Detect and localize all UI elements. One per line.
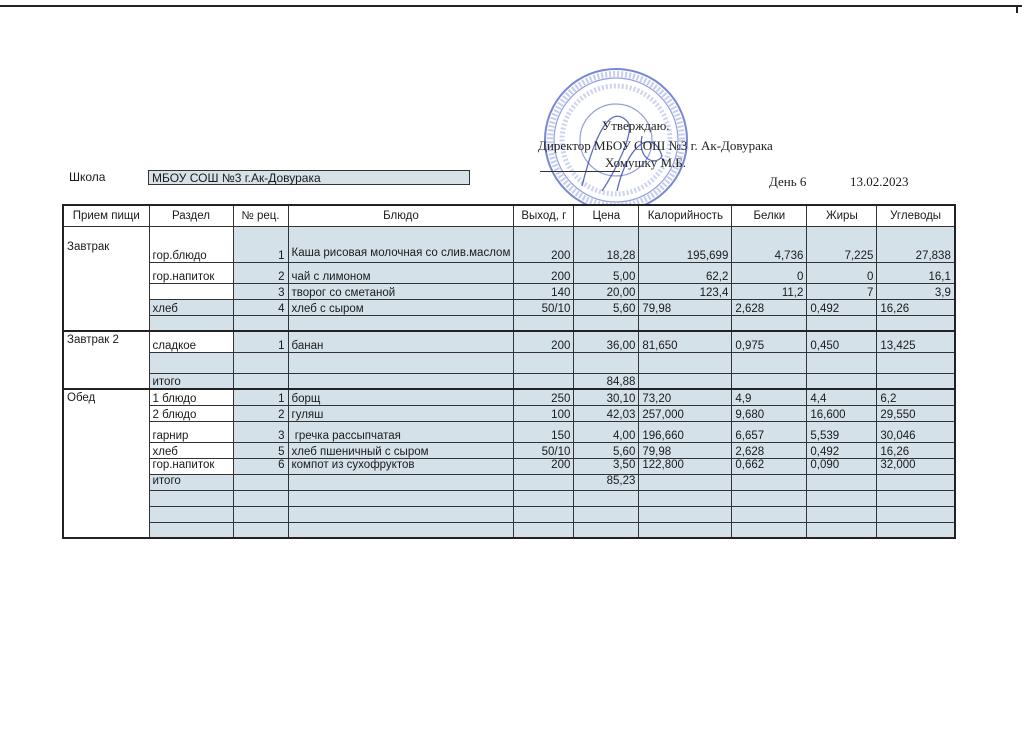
- fat-cell: 0: [807, 262, 877, 283]
- price-cell: 5,60: [574, 442, 639, 458]
- section-cell: [149, 283, 233, 299]
- table-row: хлеб 5 хлеб пшеничный с сыром 50/10 5,60…: [63, 442, 955, 458]
- fat-cell: 7,225: [807, 226, 877, 262]
- section-cell: [149, 506, 233, 522]
- section-cell: итого: [149, 373, 233, 389]
- yield-cell: [514, 522, 574, 538]
- dish-cell: [288, 490, 514, 506]
- price-cell: 36,00: [574, 331, 639, 352]
- section-cell: [149, 490, 233, 506]
- col-header-protein: Белки: [732, 205, 807, 226]
- table-row-total: итого 85,23: [63, 474, 955, 490]
- recipe-cell: 2: [233, 262, 288, 283]
- table-row: [63, 506, 955, 522]
- price-cell: 5,60: [574, 299, 639, 315]
- page-top-border: [0, 5, 1022, 7]
- carbs-cell: 16,1: [877, 262, 955, 283]
- carbs-cell: [877, 522, 955, 538]
- fat-cell: 4,4: [807, 389, 877, 405]
- protein-cell: 0,975: [732, 331, 807, 352]
- carbs-cell: 6,2: [877, 389, 955, 405]
- yield-cell: 200: [514, 331, 574, 352]
- dish-cell: хлеб пшеничный с сыром: [288, 442, 514, 458]
- col-header-meal: Прием пищи: [63, 205, 149, 226]
- table-row: хлеб 4 хлеб с сыром 50/10 5,60 79,98 2,6…: [63, 299, 955, 315]
- price-cell: [574, 490, 639, 506]
- col-header-fat: Жиры: [807, 205, 877, 226]
- kcal-cell: 79,98: [639, 299, 732, 315]
- yield-cell: [514, 315, 574, 331]
- recipe-cell: 3: [233, 283, 288, 299]
- signature-line: [540, 171, 620, 172]
- table-row: гор.напиток 2 чай с лимоном 200 5,00 62,…: [63, 262, 955, 283]
- col-header-carbs: Углеводы: [877, 205, 955, 226]
- recipe-cell: [233, 315, 288, 331]
- section-cell: гарнир: [149, 421, 233, 442]
- carbs-cell: [877, 373, 955, 389]
- table-row: Обед 1 блюдо 1 борщ 250 30,10 73,20 4,9 …: [63, 389, 955, 405]
- dish-cell: хлеб с сыром: [288, 299, 514, 315]
- meal-cell: Обед: [63, 389, 149, 538]
- carbs-cell: [877, 490, 955, 506]
- table-header-row: Прием пищи Раздел № рец. Блюдо Выход, г …: [63, 205, 955, 226]
- table-row: Завтрак 2 сладкое 1 банан 200 36,00 81,6…: [63, 331, 955, 352]
- yield-cell: 50/10: [514, 442, 574, 458]
- kcal-cell: 195,699: [639, 226, 732, 262]
- dish-cell: Каша рисовая молочная со слив.маслом: [288, 226, 514, 262]
- dish-cell: [288, 315, 514, 331]
- section-cell: гор.напиток: [149, 458, 233, 474]
- protein-cell: 11,2: [732, 283, 807, 299]
- col-header-kcal: Калорийность: [639, 205, 732, 226]
- yield-cell: 140: [514, 283, 574, 299]
- dish-cell: [288, 474, 514, 490]
- yield-cell: 200: [514, 262, 574, 283]
- recipe-cell: [233, 352, 288, 373]
- recipe-cell: 2: [233, 405, 288, 421]
- section-cell: хлеб: [149, 299, 233, 315]
- protein-cell: 0,662: [732, 458, 807, 474]
- yield-cell: 100: [514, 405, 574, 421]
- protein-cell: 2,628: [732, 299, 807, 315]
- table-row: [63, 522, 955, 538]
- price-cell: 42,03: [574, 405, 639, 421]
- day-label: День 6: [769, 174, 806, 190]
- kcal-cell: 73,20: [639, 389, 732, 405]
- approval-director: Директор МБОУ СОШ №3 г. Ак-Довурака: [538, 138, 773, 154]
- protein-cell: [732, 490, 807, 506]
- fat-cell: [807, 522, 877, 538]
- fat-cell: [807, 315, 877, 331]
- fat-cell: 0,090: [807, 458, 877, 474]
- carbs-cell: 29,550: [877, 405, 955, 421]
- yield-cell: 250: [514, 389, 574, 405]
- kcal-cell: 123,4: [639, 283, 732, 299]
- table-row: 2 блюдо 2 гуляш 100 42,03 257,000 9,680 …: [63, 405, 955, 421]
- protein-cell: 4,9: [732, 389, 807, 405]
- protein-cell: 0: [732, 262, 807, 283]
- price-cell: [574, 506, 639, 522]
- protein-cell: 6,657: [732, 421, 807, 442]
- kcal-cell: [639, 315, 732, 331]
- table-row-total: итого 84,88: [63, 373, 955, 389]
- date-label: 13.02.2023: [850, 174, 909, 190]
- carbs-cell: 32,000: [877, 458, 955, 474]
- recipe-cell: 5: [233, 442, 288, 458]
- recipe-cell: 1: [233, 226, 288, 262]
- section-cell: [149, 315, 233, 331]
- table-row: [63, 490, 955, 506]
- price-cell: [574, 315, 639, 331]
- recipe-cell: 1: [233, 331, 288, 352]
- kcal-cell: [639, 490, 732, 506]
- protein-cell: 2,628: [732, 442, 807, 458]
- total-price-cell: 84,88: [574, 373, 639, 389]
- carbs-cell: [877, 352, 955, 373]
- recipe-cell: [233, 373, 288, 389]
- dish-cell: борщ: [288, 389, 514, 405]
- table-row: [63, 352, 955, 373]
- dish-cell: компот из сухофруктов: [288, 458, 514, 474]
- carbs-cell: 16,26: [877, 442, 955, 458]
- recipe-cell: [233, 522, 288, 538]
- meal-cell: Завтрак: [63, 226, 149, 331]
- col-header-price: Цена: [574, 205, 639, 226]
- fat-cell: [807, 373, 877, 389]
- dish-cell: [288, 506, 514, 522]
- price-cell: [574, 522, 639, 538]
- recipe-cell: 6: [233, 458, 288, 474]
- fat-cell: [807, 490, 877, 506]
- carbs-cell: [877, 474, 955, 490]
- carbs-cell: [877, 506, 955, 522]
- kcal-cell: 257,000: [639, 405, 732, 421]
- protein-cell: 9,680: [732, 405, 807, 421]
- col-header-recipe: № рец.: [233, 205, 288, 226]
- recipe-cell: 1: [233, 389, 288, 405]
- dish-cell: гуляш: [288, 405, 514, 421]
- kcal-cell: 62,2: [639, 262, 732, 283]
- kcal-cell: 81,650: [639, 331, 732, 352]
- school-label: Школа: [69, 170, 105, 184]
- price-cell: 5,00: [574, 262, 639, 283]
- carbs-cell: 27,838: [877, 226, 955, 262]
- section-cell: [149, 352, 233, 373]
- table-row: 3 творог со сметаной 140 20,00 123,4 11,…: [63, 283, 955, 299]
- carbs-cell: 13,425: [877, 331, 955, 352]
- protein-cell: [732, 506, 807, 522]
- dish-cell: [288, 522, 514, 538]
- section-cell: 1 блюдо: [149, 389, 233, 405]
- yield-cell: 50/10: [514, 299, 574, 315]
- price-cell: 18,28: [574, 226, 639, 262]
- recipe-cell: [233, 474, 288, 490]
- section-cell: итого: [149, 474, 233, 490]
- fat-cell: [807, 506, 877, 522]
- dish-cell: банан: [288, 331, 514, 352]
- fat-cell: [807, 352, 877, 373]
- protein-cell: 4,736: [732, 226, 807, 262]
- table-row: гор.напиток 6 компот из сухофруктов 200 …: [63, 458, 955, 474]
- yield-cell: [514, 506, 574, 522]
- kcal-cell: 196,660: [639, 421, 732, 442]
- yield-cell: [514, 474, 574, 490]
- fat-cell: [807, 474, 877, 490]
- approval-name: Хомушку М.Б.: [605, 155, 686, 171]
- recipe-cell: 3: [233, 421, 288, 442]
- protein-cell: [732, 474, 807, 490]
- fat-cell: 5,539: [807, 421, 877, 442]
- section-cell: гор.блюдо: [149, 226, 233, 262]
- kcal-cell: [639, 373, 732, 389]
- col-header-dish: Блюдо: [288, 205, 514, 226]
- yield-cell: [514, 373, 574, 389]
- dish-cell: чай с лимоном: [288, 262, 514, 283]
- kcal-cell: [639, 522, 732, 538]
- carbs-cell: 16,26: [877, 299, 955, 315]
- recipe-cell: 4: [233, 299, 288, 315]
- menu-table: Прием пищи Раздел № рец. Блюдо Выход, г …: [62, 204, 956, 539]
- yield-cell: 150: [514, 421, 574, 442]
- fat-cell: 7: [807, 283, 877, 299]
- section-cell: [149, 522, 233, 538]
- col-header-yield: Выход, г: [514, 205, 574, 226]
- protein-cell: [732, 352, 807, 373]
- section-cell: хлеб: [149, 442, 233, 458]
- section-cell: сладкое: [149, 331, 233, 352]
- dish-cell: [288, 373, 514, 389]
- dish-cell: гречка рассыпчатая: [288, 421, 514, 442]
- carbs-cell: [877, 315, 955, 331]
- carbs-cell: 3,9: [877, 283, 955, 299]
- total-price-cell: 85,23: [574, 474, 639, 490]
- yield-cell: [514, 490, 574, 506]
- page-corner-mark: [1016, 5, 1018, 13]
- recipe-cell: [233, 490, 288, 506]
- protein-cell: [732, 522, 807, 538]
- kcal-cell: 79,98: [639, 442, 732, 458]
- kcal-cell: [639, 352, 732, 373]
- yield-cell: [514, 352, 574, 373]
- carbs-cell: 30,046: [877, 421, 955, 442]
- fat-cell: 0,450: [807, 331, 877, 352]
- fat-cell: 0,492: [807, 299, 877, 315]
- price-cell: 20,00: [574, 283, 639, 299]
- section-cell: гор.напиток: [149, 262, 233, 283]
- recipe-cell: [233, 506, 288, 522]
- yield-cell: 200: [514, 458, 574, 474]
- meal-cell: Завтрак 2: [63, 331, 149, 389]
- yield-cell: 200: [514, 226, 574, 262]
- section-cell: 2 блюдо: [149, 405, 233, 421]
- school-name-field: МБОУ СОШ №3 г.Ак-Довурака: [148, 170, 470, 185]
- kcal-cell: 122,800: [639, 458, 732, 474]
- dish-cell: [288, 352, 514, 373]
- price-cell: 3,50: [574, 458, 639, 474]
- table-row: гарнир 3 гречка рассыпчатая 150 4,00 196…: [63, 421, 955, 442]
- fat-cell: 16,600: [807, 405, 877, 421]
- table-row: Завтрак гор.блюдо 1 Каша рисовая молочна…: [63, 226, 955, 262]
- kcal-cell: [639, 474, 732, 490]
- price-cell: 4,00: [574, 421, 639, 442]
- protein-cell: [732, 315, 807, 331]
- col-header-section: Раздел: [149, 205, 233, 226]
- fat-cell: 0,492: [807, 442, 877, 458]
- table-row: [63, 315, 955, 331]
- protein-cell: [732, 373, 807, 389]
- price-cell: 30,10: [574, 389, 639, 405]
- dish-cell: творог со сметаной: [288, 283, 514, 299]
- price-cell: [574, 352, 639, 373]
- kcal-cell: [639, 506, 732, 522]
- approval-title: Утверждаю.: [602, 118, 670, 134]
